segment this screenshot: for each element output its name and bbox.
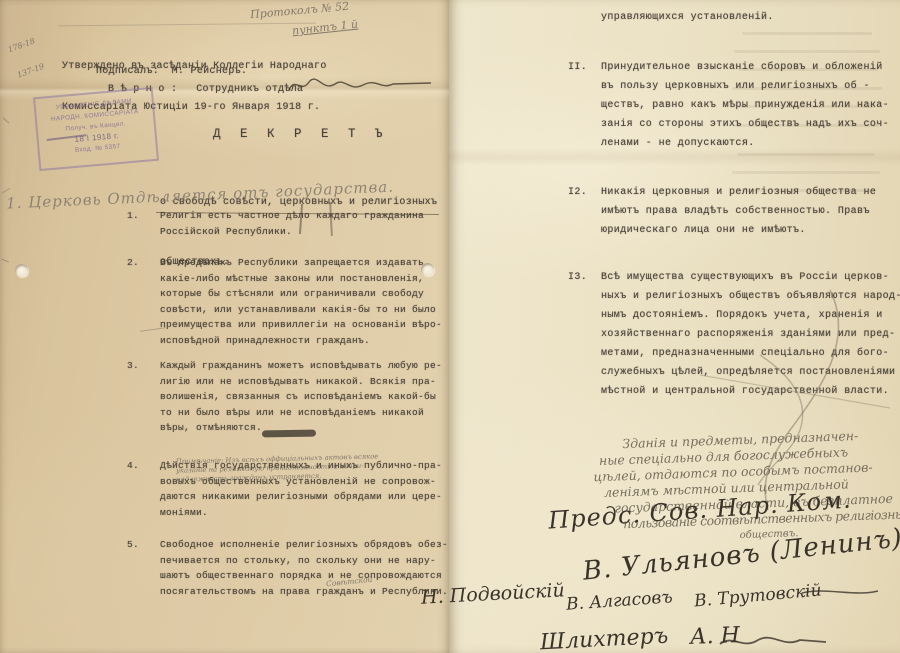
text-line: Въ предѣлахъ Республики запрещается изда… [160, 255, 442, 271]
margin-tick [1, 259, 9, 263]
text-line: даются никакими религіозными обрядами ил… [160, 489, 442, 505]
item-number: 4. [127, 458, 160, 520]
text-line: Свободное исполненіе религіозныхъ обрядо… [160, 537, 448, 553]
text-line: Религія есть частное дѣло каждаго гражда… [160, 208, 424, 224]
item-number: II. [568, 58, 601, 153]
item-number: 3. [127, 358, 160, 436]
text-line: моніями. [160, 505, 442, 521]
signature-partial-scribble [718, 632, 828, 652]
text-line: въ пользу церковныхъ или религіозныхъ об… [601, 77, 889, 96]
decree-title: Д Е К Р Е Т Ъ [213, 127, 389, 141]
text-line: ленами - не допускаются. [601, 134, 889, 153]
text-line: Каждый гражданинъ можетъ исповѣдывать лю… [160, 358, 442, 374]
text-line: занія со стороны этихъ обществъ надъ ихъ… [601, 115, 889, 134]
corner-note-line: 178-18 [7, 36, 37, 54]
document-scan: 178-18 137-19 Протоколъ № 52 пунктъ 1 й … [0, 0, 900, 653]
text-line: печивается по стольку, по скольку они не… [160, 553, 448, 569]
carryover-line: управляющихся установленій. [601, 8, 774, 27]
decree-item-2: 2. Въ предѣлахъ Республики запрещается и… [127, 255, 442, 349]
margin-tick [2, 188, 10, 193]
item-number: I2. [568, 183, 601, 240]
item-number: 2. [127, 255, 160, 349]
text-line: какіе-либо мѣстные законы или постановле… [160, 271, 442, 287]
text-line: имѣютъ права владѣть собственностью. Пра… [601, 202, 876, 221]
text-line: шаютъ общественнаго порядка и не сопрово… [160, 568, 448, 584]
text-line: ществъ, равно какъ мѣры принужденія или … [601, 96, 889, 115]
text-line: Никакія церковныя и религіозныя общества… [601, 183, 876, 202]
text-line: лигію или не исповѣдывать никакой. Всякі… [160, 374, 442, 390]
text-line: волишенія, связанныя съ исповѣданіемъ ка… [160, 389, 442, 405]
registration-stamp: УПРАВЛЕНІЕ ДѢЛАМИНАРОДН. КОМИССАРІАТАПол… [33, 87, 159, 171]
decree-item-11: II. Принудительное взысканіе сборовъ и о… [568, 58, 878, 153]
text-line: исповѣдной принадлежности гражданъ. [160, 333, 442, 349]
text-line: Дѣйствія государственныхъ и иныхъ публич… [160, 458, 442, 474]
item-number: 5. [127, 537, 160, 599]
punch-hole [15, 264, 28, 277]
erased-line-strike [58, 23, 316, 27]
decree-item-12: I2. Никакія церковныя и религіозныя обще… [568, 183, 878, 240]
signed-line: Подписалъ: М. Рейснеръ. [96, 64, 247, 80]
punch-hole [421, 263, 434, 276]
text-line: посягательствомъ на права гражданъ и Рес… [160, 584, 448, 600]
corner-note-line: 137-19 [16, 62, 46, 80]
decree-item-4: 4. Дѣйствія государственныхъ и иныхъ пуб… [127, 458, 442, 520]
left-page: 178-18 137-19 Протоколъ № 52 пунктъ 1 й … [0, 0, 449, 653]
decree-item-5: 5. Свободное исполненіе религіозныхъ обр… [127, 537, 442, 599]
text-line: то ни было вѣры или не исповѣданіемъ ник… [160, 405, 442, 421]
verno-signature-scribble [285, 72, 435, 98]
decree-item-3: 3. Каждый гражданинъ можетъ исповѣдывать… [127, 358, 442, 436]
text-line: Принудительное взысканіе сборовъ и облож… [601, 58, 889, 77]
item-number: I3. [568, 268, 601, 401]
text-line: вовыхъ общественныхъ установленій не соп… [160, 474, 442, 490]
text-line: которые бы стѣсняли или ограничивали сво… [160, 286, 442, 302]
margin-tick [3, 118, 10, 124]
protocol-note: Протоколъ № 52 [250, 0, 350, 21]
text-line: Россійской Республики. [160, 224, 424, 240]
text-line: юридическаго лица они не имѣютъ. [601, 221, 876, 240]
text-line: преимущества или привиллегіи на основані… [160, 317, 442, 333]
text-line: совѣсти, или устанавливали какія-бы то н… [160, 302, 442, 318]
